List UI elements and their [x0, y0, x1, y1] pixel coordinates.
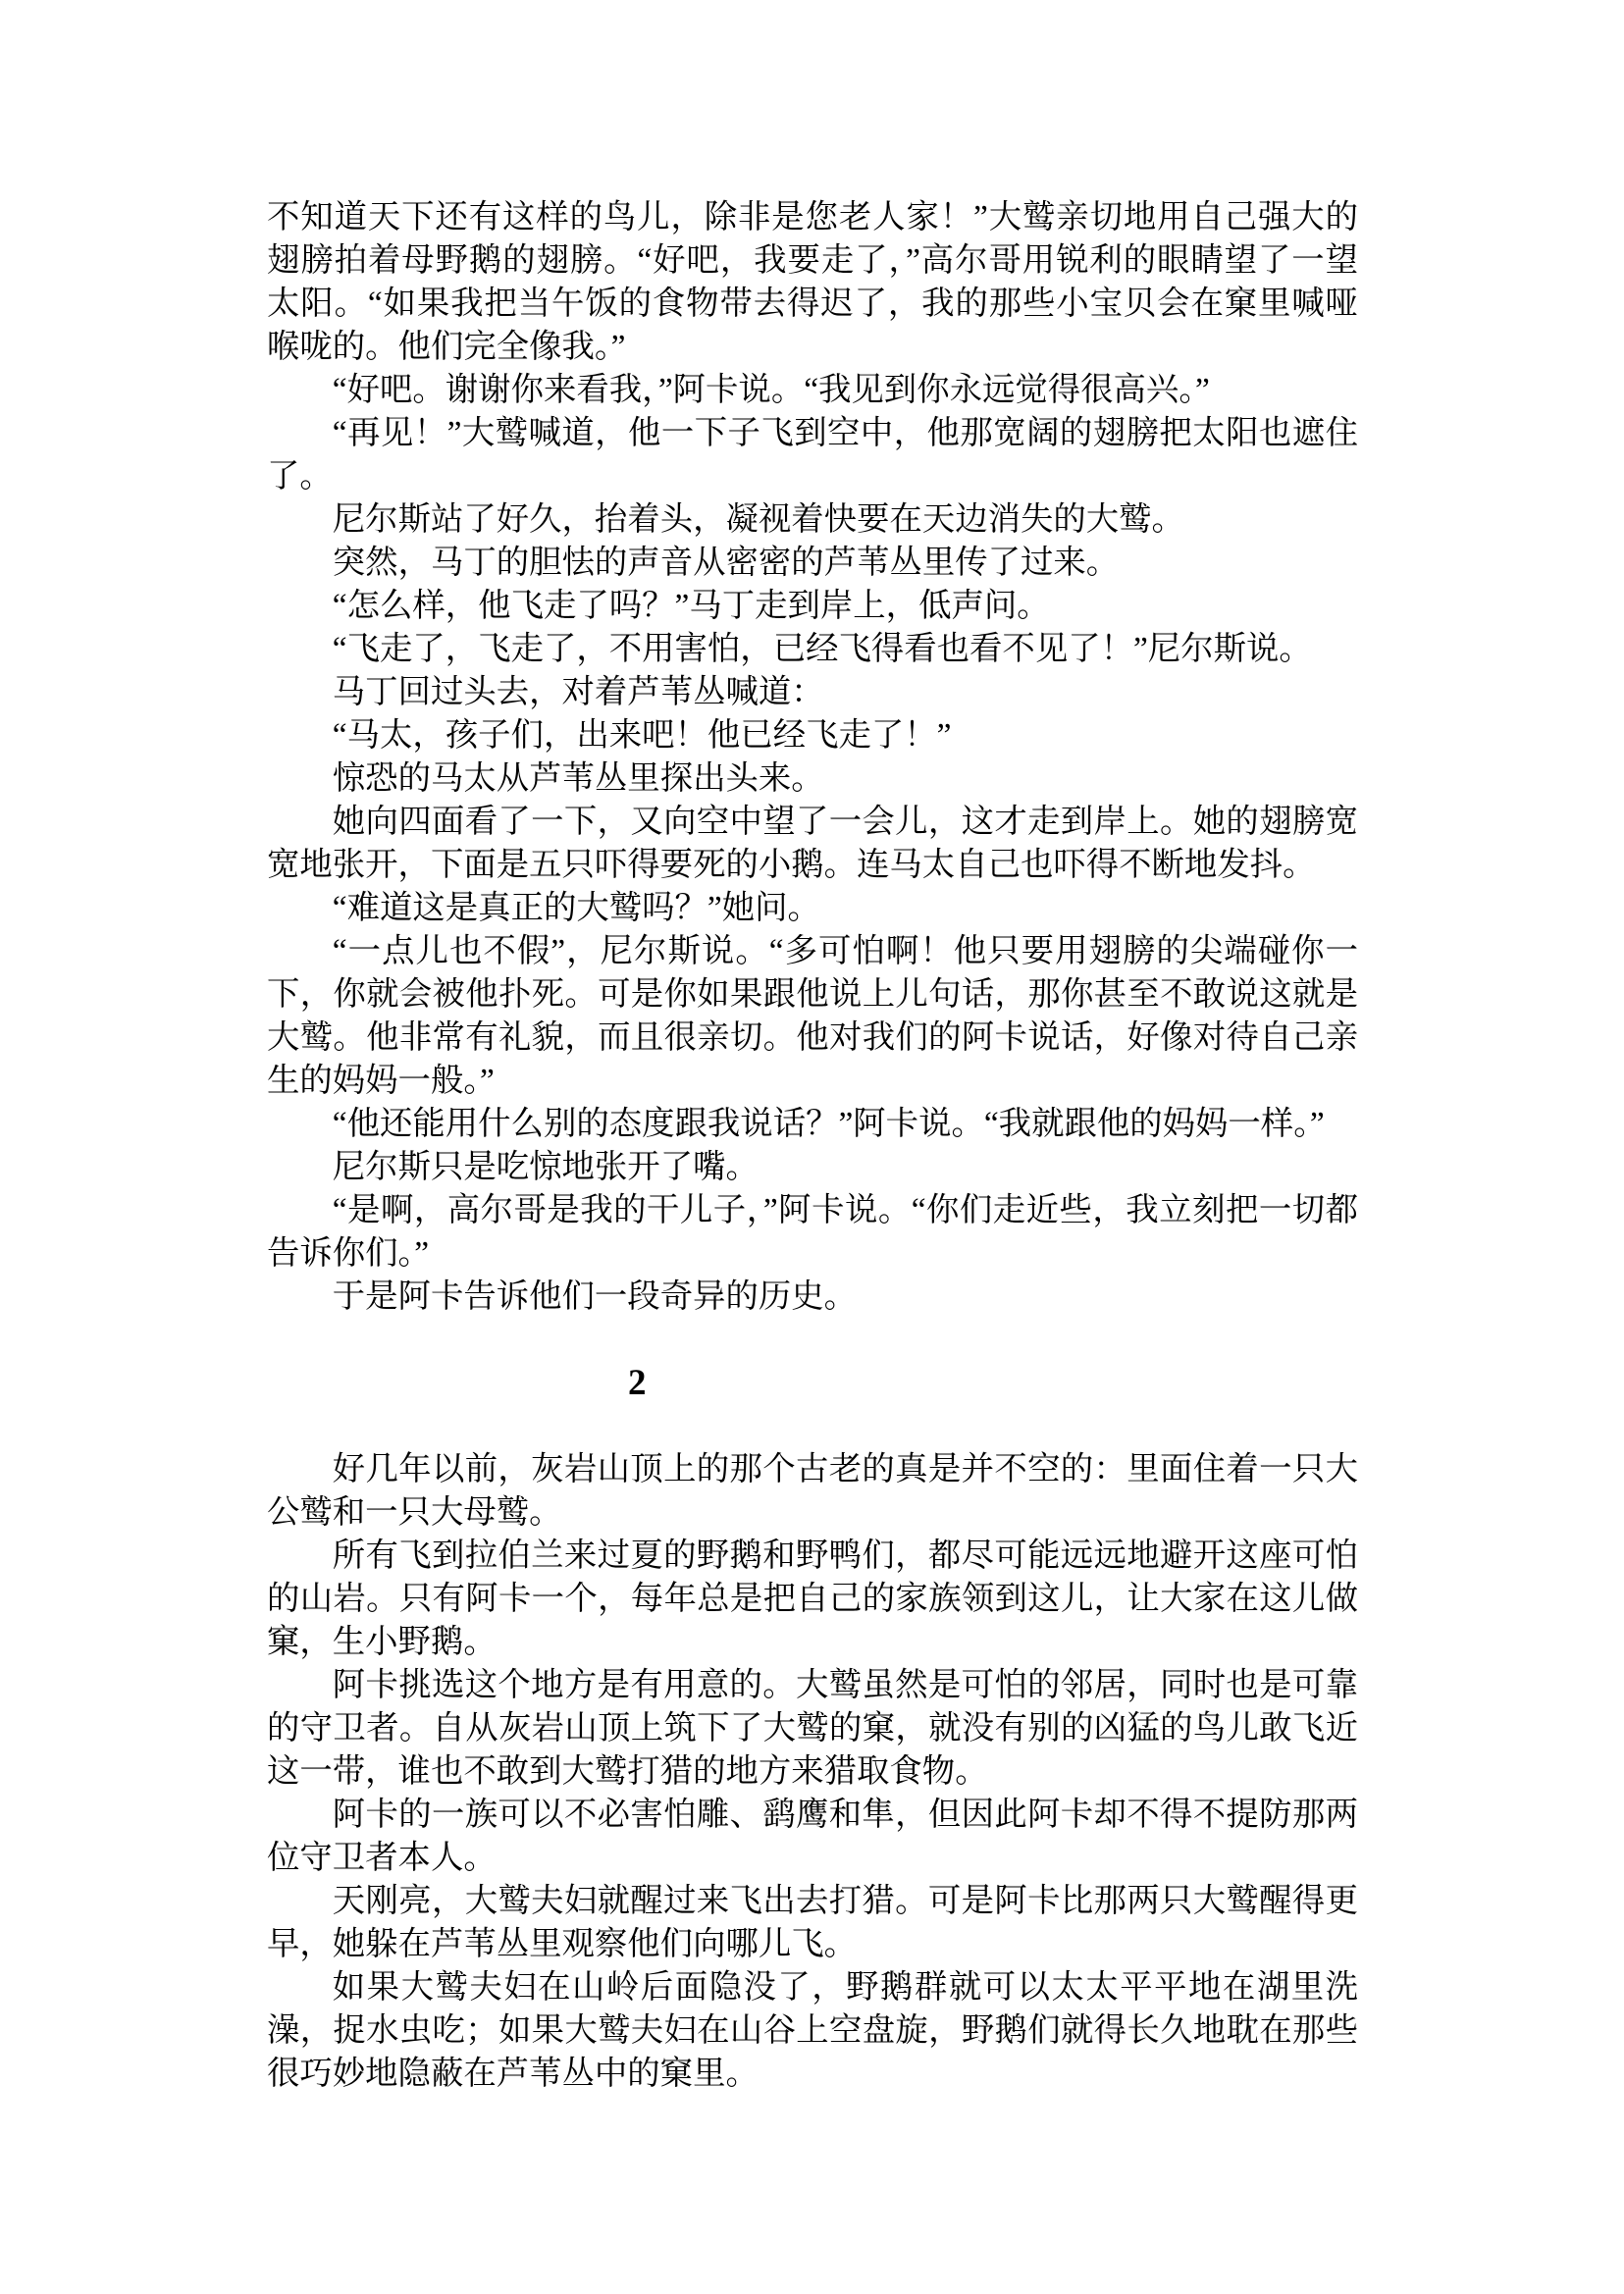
- paragraph: 马丁回过头去，对着芦苇丛喊道：: [267, 671, 1358, 714]
- paragraph: 所有飞到拉伯兰来过夏的野鹅和野鸭们，都尽可能远远地避开这座可怕的山岩。只有阿卡一…: [267, 1535, 1358, 1664]
- paragraph: “马太，孩子们，出来吧！他已经飞走了！”: [267, 714, 1358, 757]
- paragraph: 于是阿卡告诉他们一段奇异的历史。: [267, 1276, 1358, 1319]
- section-number-heading: 2: [267, 1362, 1358, 1405]
- paragraph: “再见！”大鹫喊道，他一下子飞到空中，他那宽阔的翅膀把太阳也遮住了。: [267, 412, 1358, 498]
- paragraph: 好几年以前，灰岩山顶上的那个古老的真是并不空的：里面住着一只大公鹫和一只大母鹫。: [267, 1448, 1358, 1535]
- paragraph: “好吧。谢谢你来看我，”阿卡说。“我见到你永远觉得很高兴。”: [267, 369, 1358, 412]
- paragraph: 阿卡挑选这个地方是有用意的。大鹫虽然是可怕的邻居，同时也是可靠的守卫者。自从灰岩…: [267, 1664, 1358, 1794]
- paragraph: 尼尔斯只是吃惊地张开了嘴。: [267, 1146, 1358, 1189]
- paragraph: 如果大鹫夫妇在山岭后面隐没了，野鹅群就可以太太平平地在湖里洗澡，捉水虫吃；如果大…: [267, 1966, 1358, 2096]
- paragraph: 尼尔斯站了好久，抬着头，凝视着快要在天边消失的大鹫。: [267, 498, 1358, 542]
- paragraph: “一点儿也不假”，尼尔斯说。“多可怕啊！他只要用翅膀的尖端碰你一下，你就会被他扑…: [267, 930, 1358, 1103]
- paragraph: 阿卡的一族可以不必害怕雕、鹞鹰和隼，但因此阿卡却不得不提防那两位守卫者本人。: [267, 1794, 1358, 1880]
- paragraph: 不知道天下还有这样的鸟儿，除非是您老人家！”大鹫亲切地用自己强大的翅膀拍着母野鹅…: [267, 196, 1358, 369]
- paragraph: “他还能用什么别的态度跟我说话？”阿卡说。“我就跟他的妈妈一样。”: [267, 1103, 1358, 1146]
- paragraph: 惊恐的马太从芦苇丛里探出头来。: [267, 757, 1358, 801]
- paragraph: “难道这是真正的大鹫吗？”她问。: [267, 887, 1358, 930]
- paragraph: 突然，马丁的胆怯的声音从密密的芦苇丛里传了过来。: [267, 542, 1358, 585]
- document-page: 不知道天下还有这样的鸟儿，除非是您老人家！”大鹫亲切地用自己强大的翅膀拍着母野鹅…: [0, 0, 1624, 2294]
- text-block: 不知道天下还有这样的鸟儿，除非是您老人家！”大鹫亲切地用自己强大的翅膀拍着母野鹅…: [267, 196, 1358, 2096]
- paragraph: “飞走了，飞走了，不用害怕，已经飞得看也看不见了！”尼尔斯说。: [267, 628, 1358, 671]
- paragraph: 天刚亮，大鹫夫妇就醒过来飞出去打猎。可是阿卡比那两只大鹫醒得更早，她躲在芦苇丛里…: [267, 1880, 1358, 1966]
- paragraph: “是啊，高尔哥是我的干儿子，”阿卡说。“你们走近些，我立刻把一切都告诉你们。”: [267, 1189, 1358, 1276]
- paragraph: 她向四面看了一下，又向空中望了一会儿，这才走到岸上。她的翅膀宽宽地张开，下面是五…: [267, 801, 1358, 887]
- paragraph: “怎么样，他飞走了吗？”马丁走到岸上，低声问。: [267, 585, 1358, 628]
